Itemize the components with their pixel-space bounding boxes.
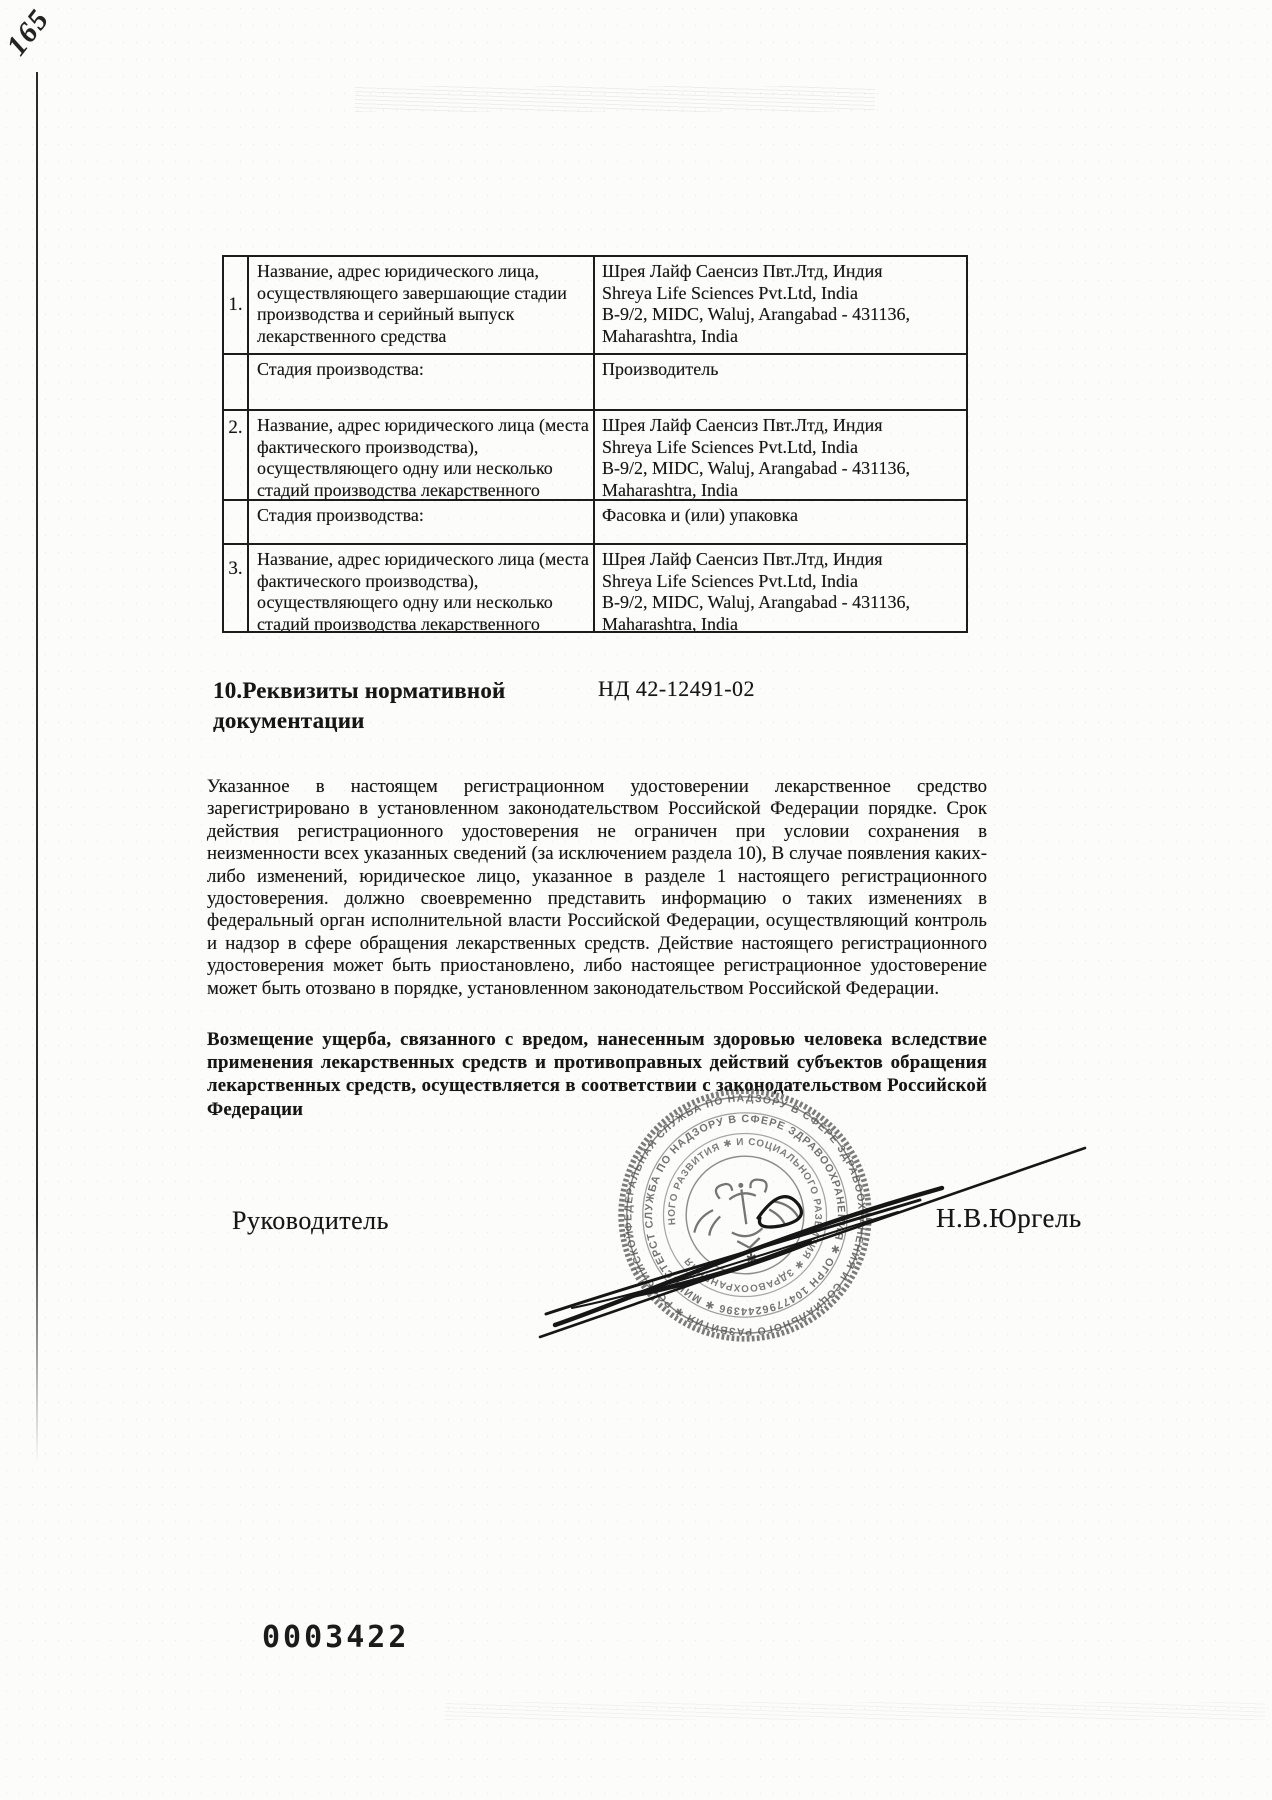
row-value: Шрея Лайф Саенсиз Пвт.Лтд, Индия Shreya … bbox=[595, 545, 966, 631]
row-value: Шрея Лайф Саенсиз Пвт.Лтд, Индия Shreya … bbox=[595, 411, 966, 499]
section-10-heading: 10.Реквизиты нормативной документации bbox=[213, 676, 513, 736]
table-row: Стадия производства: Фасовка и (или) упа… bbox=[224, 499, 966, 543]
row-label: Стадия производства: bbox=[249, 501, 595, 543]
row-label: Название, адрес юридического лица (места… bbox=[249, 411, 595, 499]
document-page: 165 1. Название, адрес юридического лица… bbox=[0, 0, 1272, 1800]
handwritten-corner-mark: 165 bbox=[1, 3, 57, 62]
row-number: 3. bbox=[224, 545, 249, 631]
table-row: Стадия производства: Производитель bbox=[224, 353, 966, 409]
scan-noise-bottom bbox=[445, 1702, 1265, 1720]
row-value: Шрея Лайф Саенсиз Пвт.Лтд, Индия Shreya … bbox=[595, 257, 966, 353]
signatory-name: Н.В.Юргель bbox=[936, 1203, 1082, 1234]
signatory-role: Руководитель bbox=[232, 1206, 389, 1236]
row-label: Название, адрес юридического лица, осуще… bbox=[249, 257, 595, 353]
manufacturer-table: 1. Название, адрес юридического лица, ос… bbox=[222, 255, 968, 633]
row-number: 2. bbox=[224, 411, 249, 499]
row-value: Производитель bbox=[595, 355, 966, 409]
row-value: Фасовка и (или) упаковка bbox=[595, 501, 966, 543]
signature-strokes bbox=[480, 1100, 1120, 1380]
row-number bbox=[224, 501, 249, 543]
row-label: Название, адрес юридического лица (места… bbox=[249, 545, 595, 631]
paragraph-registration-terms: Указанное в настоящем регистрационном уд… bbox=[207, 776, 987, 1000]
row-number bbox=[224, 355, 249, 409]
nd-number: НД 42-12491-02 bbox=[598, 676, 755, 702]
serial-number: 0003422 bbox=[262, 1620, 409, 1655]
table-row: 3. Название, адрес юридического лица (ме… bbox=[224, 543, 966, 631]
table-row: 1. Название, адрес юридического лица, ос… bbox=[224, 257, 966, 353]
row-label: Стадия производства: bbox=[249, 355, 595, 409]
scan-noise-top bbox=[355, 86, 875, 112]
table-row: 2. Название, адрес юридического лица (ме… bbox=[224, 409, 966, 499]
left-margin-line bbox=[36, 72, 38, 1464]
row-number: 1. bbox=[224, 257, 249, 353]
